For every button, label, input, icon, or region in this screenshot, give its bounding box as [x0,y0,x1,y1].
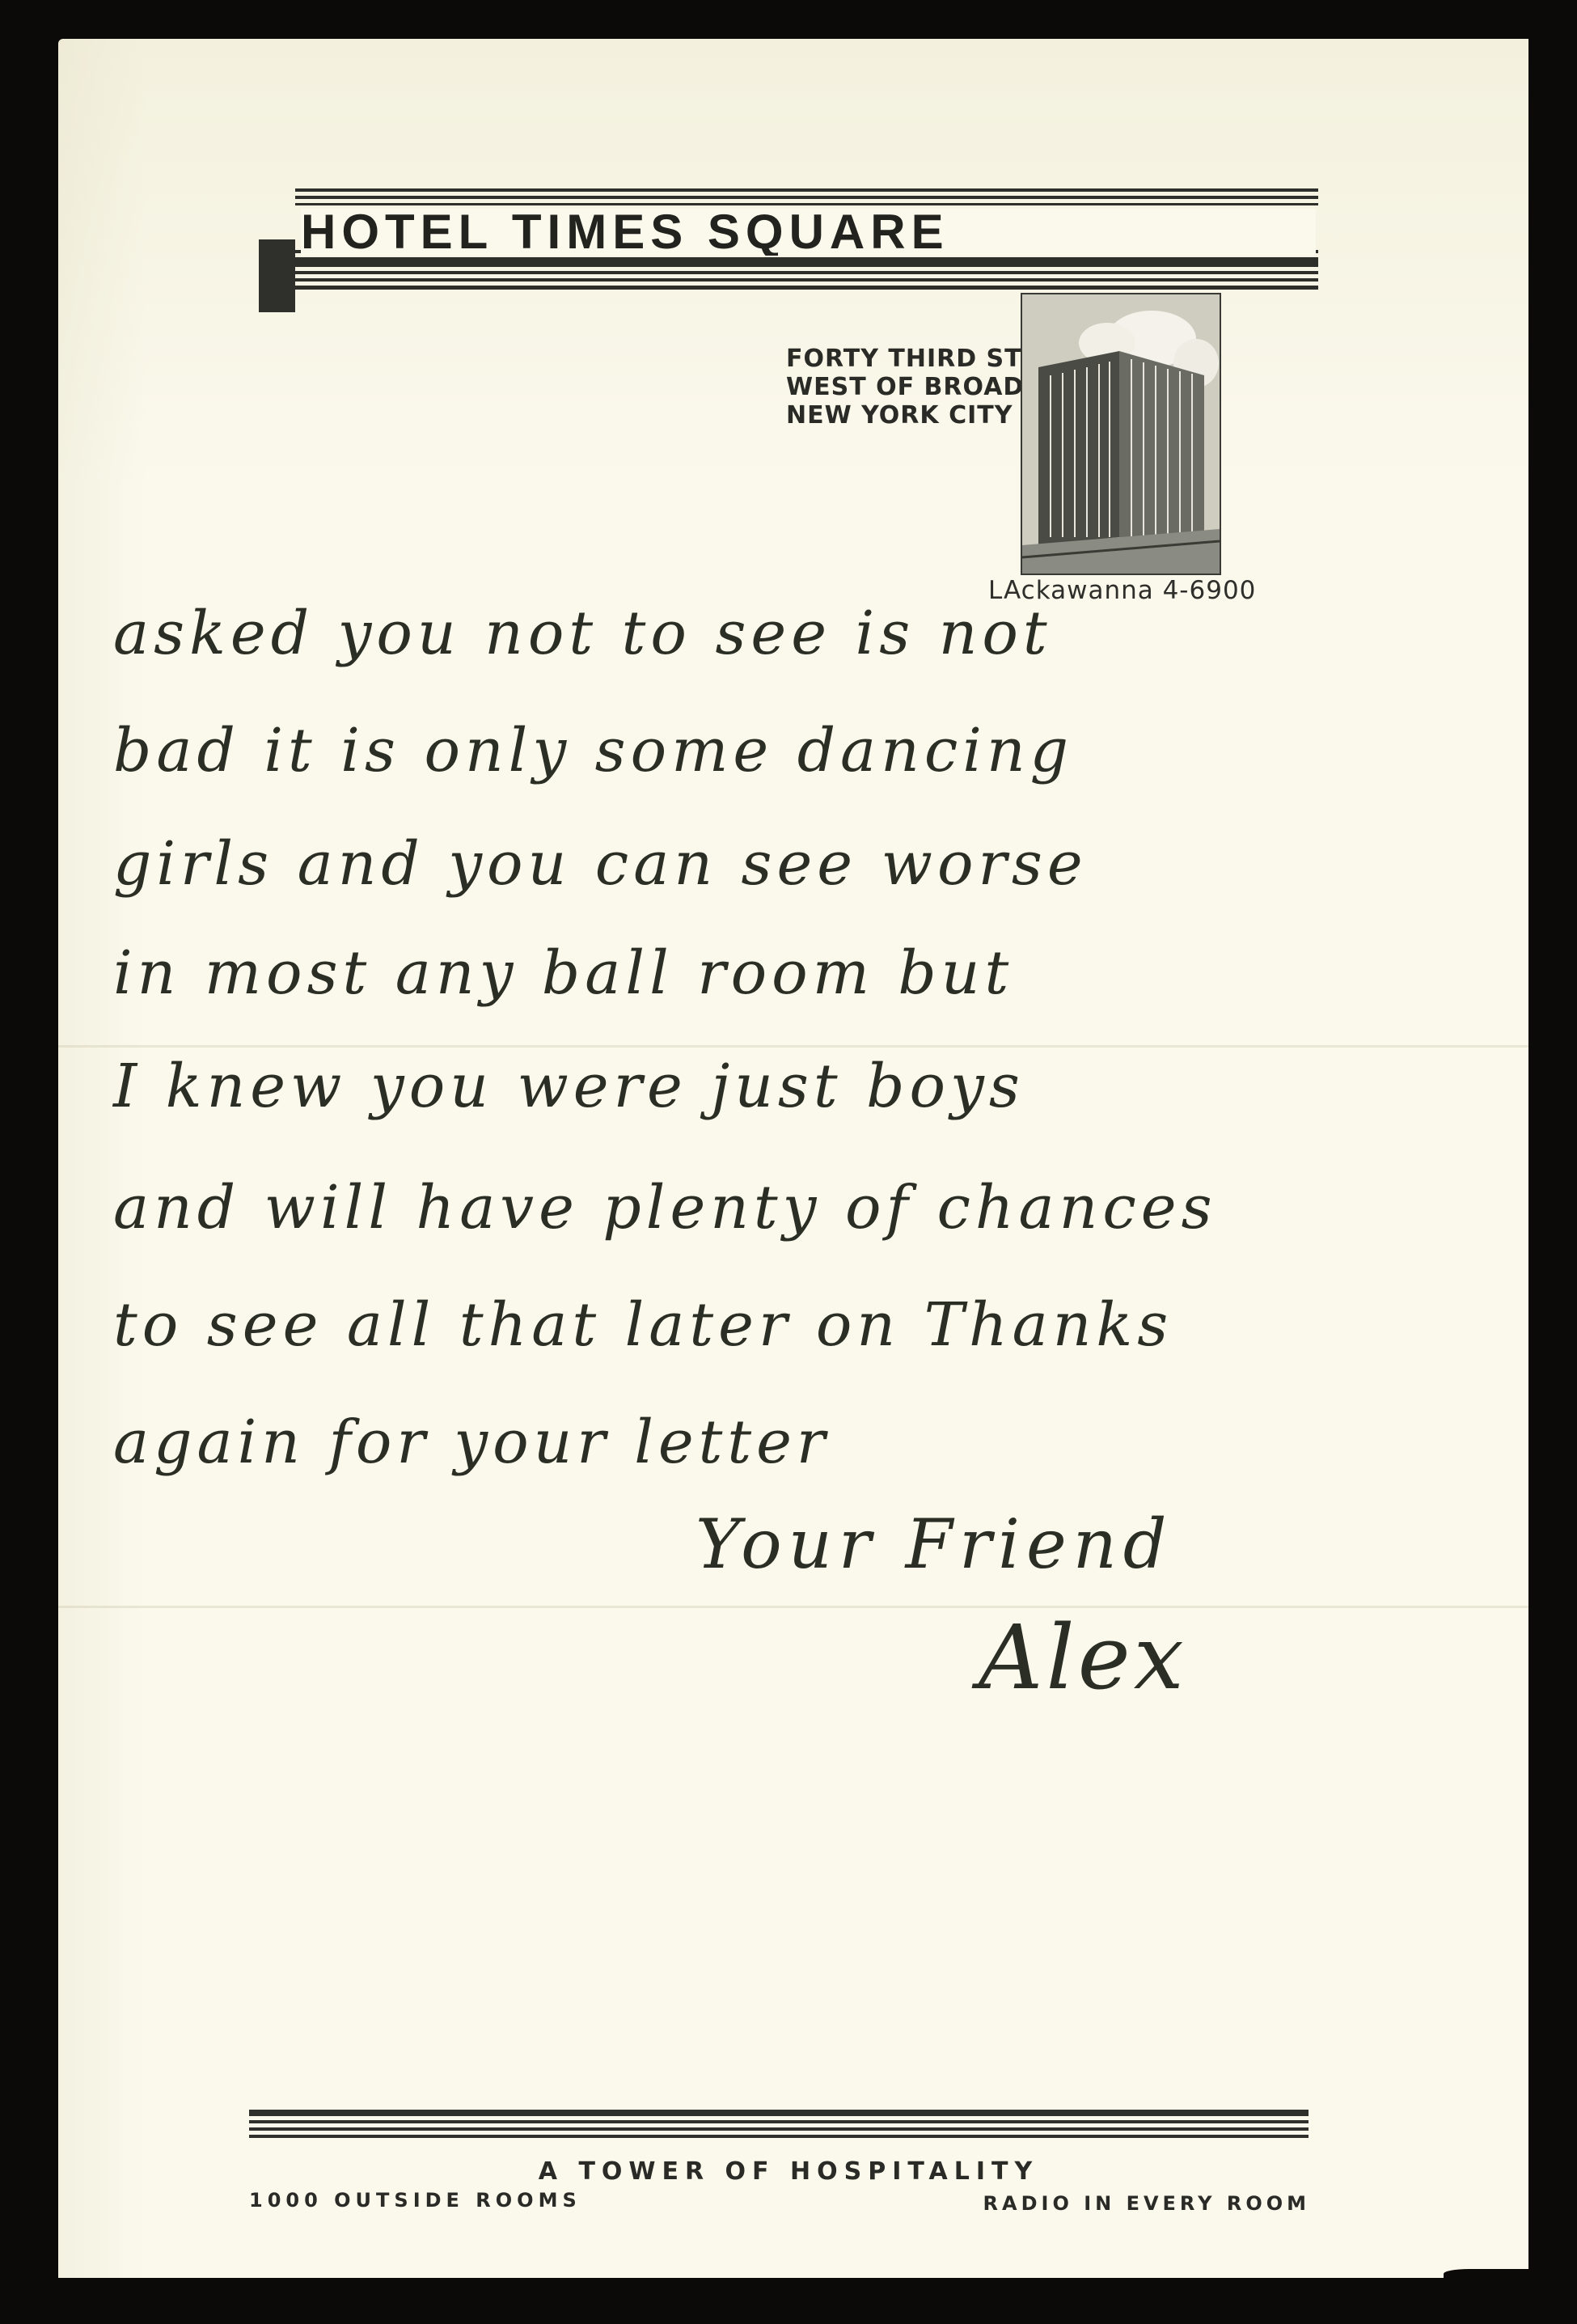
paper-fold-line [58,1606,1528,1608]
letter-line: asked you not to see is not [113,599,1052,668]
torn-corner [1444,2269,1528,2285]
signature: Alex [979,1606,1187,1709]
letter-line: I knew you were just boys [113,1052,1025,1121]
footer-stripes [249,2110,1309,2145]
letter-line: bad it is only some dancing [113,716,1073,785]
logo-accent-block [259,239,295,312]
footer-tagline: A TOWER OF HOSPITALITY [0,2157,1577,2186]
letter-line: again for your letter [113,1408,830,1477]
footer-rooms-note: 1000 OUTSIDE ROOMS [249,2189,581,2212]
letter-line: girls and you can see worse [113,829,1088,899]
hotel-building-illustration [1021,293,1221,575]
hotel-name: HOTEL TIMES SQUARE [301,209,1316,256]
letter-closing: Your Friend [695,1505,1173,1584]
letter-line: in most any ball room but [113,938,1013,1008]
letter-line: to see all that later on Thanks [113,1290,1173,1360]
building-sketch-icon [1022,294,1220,574]
footer-radio-note: RADIO IN EVERY ROOM [983,2192,1310,2215]
letter-line: and will have plenty of chances [113,1173,1217,1242]
paper-fold-line [58,1045,1528,1048]
